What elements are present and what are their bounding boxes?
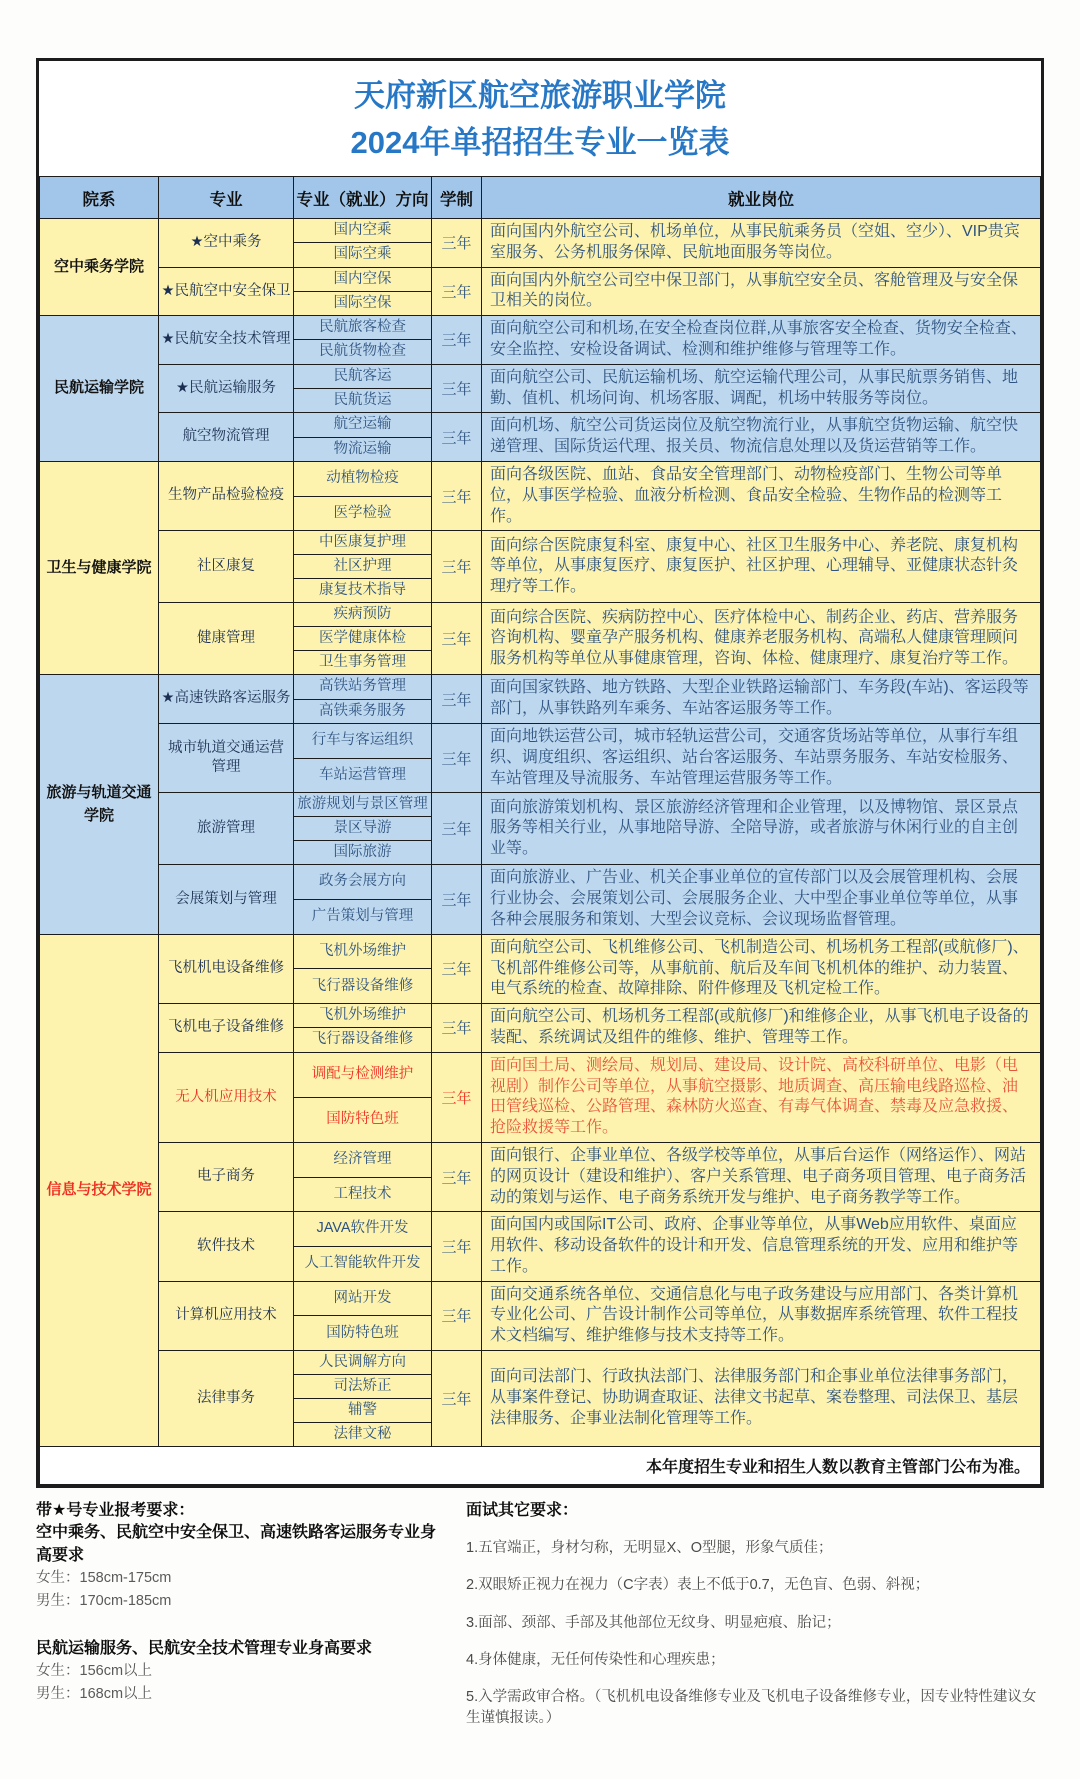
department-cell: 空中乘务学院 <box>40 219 159 316</box>
major-cell: 电子商务 <box>159 1142 294 1211</box>
notes-section: 带★号专业报考要求： 空中乘务、民航空中安全保卫、高速铁路客运服务专业身高要求女… <box>36 1500 1044 1730</box>
table-row: 城市轨道交通运营管理行车与客运组织三年面向地铁运营公司，城市轻轨运营公司，交通客… <box>40 723 1041 758</box>
notes-left-groups: 空中乘务、民航空中安全保卫、高速铁路客运服务专业身高要求女生：158cm-175… <box>36 1522 440 1706</box>
direction-cell: 民航货物检查 <box>294 340 432 364</box>
table-row: ★民航空中安全保卫国内空保三年面向国内外航空公司空中保卫部门，从事航空安全员、客… <box>40 267 1041 291</box>
jobs-cell: 面向航空公司、飞机维修公司、飞机制造公司、机场机务工程部(或航修厂)、飞机部件维… <box>482 934 1041 1003</box>
direction-cell: 司法矫正 <box>294 1375 432 1399</box>
page-title-line1: 天府新区航空旅游职业学院 <box>39 73 1041 120</box>
direction-cell: 国防特色班 <box>294 1316 432 1351</box>
notes-left: 带★号专业报考要求： 空中乘务、民航空中安全保卫、高速铁路客运服务专业身高要求女… <box>36 1500 440 1730</box>
duration-cell: 三年 <box>432 219 482 268</box>
direction-cell: 辅警 <box>294 1399 432 1423</box>
major-cell: 城市轨道交通运营管理 <box>159 723 294 792</box>
table-row: 飞机电子设备维修飞机外场维护三年面向航空公司、机场机务工程部(或航修厂)和维修企… <box>40 1004 1041 1028</box>
direction-cell: 飞机外场维护 <box>294 1004 432 1028</box>
jobs-cell: 面向航空公司和机场,在安全检查岗位群,从事旅客安全检查、货物安全检查、安全监控、… <box>482 316 1041 365</box>
note-line: 男生：170cm-185cm <box>36 1590 440 1613</box>
note-item: 2.双眼矫正视力在视力（C字表）表上不低于0.7，无色盲、色弱、斜视； <box>466 1575 1044 1596</box>
table-footer: 本年度招生专业和招生人数以教育主管部门公布为准。 <box>40 1447 1041 1485</box>
direction-cell: 国际旅游 <box>294 841 432 865</box>
major-cell: 航空物流管理 <box>159 413 294 462</box>
table-footer-note: 本年度招生专业和招生人数以教育主管部门公布为准。 <box>40 1447 1041 1485</box>
table-footer-row: 本年度招生专业和招生人数以教育主管部门公布为准。 <box>40 1447 1041 1485</box>
note-item: 4.身体健康，无任何传染性和心理疾患； <box>466 1650 1044 1671</box>
table-row: 空中乘务学院★空中乘务国内空乘三年面向国内外航空公司、机场单位，从事民航乘务员（… <box>40 219 1041 243</box>
direction-cell: 高铁站务管理 <box>294 675 432 699</box>
major-cell: 会展策划与管理 <box>159 865 294 934</box>
major-cell: 飞机机电设备维修 <box>159 934 294 1003</box>
direction-cell: 卫生事务管理 <box>294 651 432 675</box>
jobs-cell: 面向国内或国际IT公司、政府、企事业等单位，从事Web应用软件、桌面应用软件、移… <box>482 1212 1041 1281</box>
table-row: 会展策划与管理政务会展方向三年面向旅游业、广告业、机关企事业单位的宣传部门以及会… <box>40 865 1041 900</box>
direction-cell: 经济管理 <box>294 1142 432 1177</box>
document-sheet: 天府新区航空旅游职业学院 2024年单招招生专业一览表 院系 专业 专业（就业）… <box>36 58 1044 1730</box>
header-cell-department: 院系 <box>40 177 159 219</box>
jobs-cell: 面向地铁运营公司，城市轻轨运营公司，交通客货场站等单位，从事行车组织、调度组织、… <box>482 723 1041 792</box>
note-group: 民航运输服务、民航安全技术管理专业身高要求女生：156cm以上男生：168cm以… <box>36 1638 440 1707</box>
jobs-cell: 面向航空公司、民航运输机场、航空运输代理公司，从事民航票务销售、地勤、值机、机场… <box>482 364 1041 413</box>
direction-cell: 广告策划与管理 <box>294 900 432 935</box>
direction-cell: 景区导游 <box>294 817 432 841</box>
table-row: 计算机应用技术网站开发三年面向交通系统各单位、交通信息化与电子政务建设与应用部门… <box>40 1281 1041 1316</box>
jobs-cell: 面向国家铁路、地方铁路、大型企业铁路运输部门、车务段(车站)、客运段等部门，从事… <box>482 675 1041 724</box>
duration-cell: 三年 <box>432 413 482 462</box>
major-cell: 无人机应用技术 <box>159 1052 294 1142</box>
table-row: 卫生与健康学院生物产品检验检疫动植物检疫三年面向各级医院、血站、食品安全管理部门… <box>40 461 1041 496</box>
notes-right-title: 面试其它要求： <box>466 1500 1044 1522</box>
direction-cell: 康复技术指导 <box>294 579 432 603</box>
note-line: 女生：158cm-175cm <box>36 1567 440 1590</box>
jobs-cell: 面向各级医院、血站、食品安全管理部门、动物检疫部门、生物公司等单位，从事医学检验… <box>482 461 1041 530</box>
direction-cell: 国防特色班 <box>294 1097 432 1142</box>
duration-cell: 三年 <box>432 934 482 1003</box>
duration-cell: 三年 <box>432 461 482 530</box>
major-cell: 健康管理 <box>159 603 294 675</box>
table-row: 旅游管理旅游规划与景区管理三年面向旅游策划机构、景区旅游经济管理和企业管理，以及… <box>40 793 1041 817</box>
jobs-cell: 面向国土局、测绘局、规划局、建设局、设计院、高校科研单位、电影（电视剧）制作公司… <box>482 1052 1041 1142</box>
duration-cell: 三年 <box>432 1004 482 1053</box>
direction-cell: 高铁乘务服务 <box>294 699 432 723</box>
major-cell: ★高速铁路客运服务 <box>159 675 294 724</box>
note-line: 男生：168cm以上 <box>36 1683 440 1706</box>
direction-cell: 航空运输 <box>294 413 432 437</box>
direction-cell: 网站开发 <box>294 1281 432 1316</box>
direction-cell: 工程技术 <box>294 1177 432 1212</box>
direction-cell: 调配与检测维护 <box>294 1052 432 1097</box>
note-item: 3.面部、颈部、手部及其他部位无纹身、明显疤痕、胎记； <box>466 1613 1044 1634</box>
direction-cell: 国际空乘 <box>294 243 432 267</box>
direction-cell: 动植物检疫 <box>294 461 432 496</box>
direction-cell: 人民调解方向 <box>294 1351 432 1375</box>
jobs-cell: 面向国内外航空公司、机场单位，从事民航乘务员（空姐、空少）、VIP贵宾室服务、公… <box>482 219 1041 268</box>
major-cell: ★民航空中安全保卫 <box>159 267 294 316</box>
jobs-cell: 面向国内外航空公司空中保卫部门，从事航空安全员、客舱管理及与安全保卫相关的岗位。 <box>482 267 1041 316</box>
notes-right-items: 1.五官端正，身材匀称，无明显X、O型腿，形象气质佳；2.双眼矫正视力在视力（C… <box>466 1538 1044 1728</box>
duration-cell: 三年 <box>432 1281 482 1350</box>
table-row: 民航运输学院★民航安全技术管理民航旅客检查三年面向航空公司和机场,在安全检查岗位… <box>40 316 1041 340</box>
note-group: 空中乘务、民航空中安全保卫、高速铁路客运服务专业身高要求女生：158cm-175… <box>36 1522 440 1613</box>
direction-cell: 医学检验 <box>294 496 432 531</box>
direction-cell: 国内空保 <box>294 267 432 291</box>
direction-cell: 人工智能软件开发 <box>294 1246 432 1281</box>
department-cell: 信息与技术学院 <box>40 934 159 1446</box>
duration-cell: 三年 <box>432 1142 482 1211</box>
table-row: 法律事务人民调解方向三年面向司法部门、行政执法部门、法律服务部门和企事业单位法律… <box>40 1351 1041 1375</box>
table-header: 院系 专业 专业（就业）方向 学制 就业岗位 <box>40 177 1041 219</box>
header-cell-direction: 专业（就业）方向 <box>294 177 432 219</box>
table-row: 旅游与轨道交通学院★高速铁路客运服务高铁站务管理三年面向国家铁路、地方铁路、大型… <box>40 675 1041 699</box>
direction-cell: 医学健康体检 <box>294 627 432 651</box>
duration-cell: 三年 <box>432 603 482 675</box>
direction-cell: 民航货运 <box>294 389 432 413</box>
duration-cell: 三年 <box>432 723 482 792</box>
jobs-cell: 面向银行、企事业单位、各级学校等单位，从事后台运作（网络运作）、网站的网页设计（… <box>482 1142 1041 1211</box>
direction-cell: 国际空保 <box>294 291 432 315</box>
direction-cell: 旅游规划与景区管理 <box>294 793 432 817</box>
direction-cell: 行车与客运组织 <box>294 723 432 758</box>
jobs-cell: 面向综合医院、疾病防控中心、医疗体检中心、制药企业、药店、营养服务咨询机构、婴童… <box>482 603 1041 675</box>
jobs-cell: 面向机场、航空公司货运岗位及航空物流行业，从事航空货物运输、航空快递管理、国际货… <box>482 413 1041 462</box>
table-row: 社区康复中医康复护理三年面向综合医院康复科室、康复中心、社区卫生服务中心、养老院… <box>40 531 1041 555</box>
direction-cell: 飞行器设备维修 <box>294 969 432 1004</box>
header-cell-duration: 学制 <box>432 177 482 219</box>
direction-cell: 疾病预防 <box>294 603 432 627</box>
majors-table-body: 空中乘务学院★空中乘务国内空乘三年面向国内外航空公司、机场单位，从事民航乘务员（… <box>40 219 1041 1447</box>
major-cell: 法律事务 <box>159 1351 294 1447</box>
major-cell: ★民航安全技术管理 <box>159 316 294 365</box>
direction-cell: 车站运营管理 <box>294 758 432 793</box>
table-row: 信息与技术学院飞机机电设备维修飞机外场维护三年面向航空公司、飞机维修公司、飞机制… <box>40 934 1041 969</box>
duration-cell: 三年 <box>432 531 482 603</box>
note-item: 5.入学需政审合格。（飞机机电设备维修专业及飞机电子设备维修专业，因专业特性建议… <box>466 1687 1044 1729</box>
table-row: 无人机应用技术调配与检测维护三年面向国土局、测绘局、规划局、建设局、设计院、高校… <box>40 1052 1041 1097</box>
direction-cell: 物流运输 <box>294 437 432 461</box>
major-cell: 飞机电子设备维修 <box>159 1004 294 1053</box>
table-row: 健康管理疾病预防三年面向综合医院、疾病防控中心、医疗体检中心、制药企业、药店、营… <box>40 603 1041 627</box>
direction-cell: 民航旅客检查 <box>294 316 432 340</box>
notes-right: 面试其它要求： 1.五官端正，身材匀称，无明显X、O型腿，形象气质佳；2.双眼矫… <box>466 1500 1044 1730</box>
department-cell: 卫生与健康学院 <box>40 461 159 674</box>
major-cell: 计算机应用技术 <box>159 1281 294 1350</box>
jobs-cell: 面向综合医院康复科室、康复中心、社区卫生服务中心、养老院、康复机构等单位，从事康… <box>482 531 1041 603</box>
jobs-cell: 面向旅游策划机构、景区旅游经济管理和企业管理，以及博物馆、景区景点服务等相关行业… <box>482 793 1041 865</box>
note-item: 1.五官端正，身材匀称，无明显X、O型腿，形象气质佳； <box>466 1538 1044 1559</box>
notes-left-title: 带★号专业报考要求： <box>36 1500 440 1522</box>
table-header-row: 院系 专业 专业（就业）方向 学制 就业岗位 <box>40 177 1041 219</box>
duration-cell: 三年 <box>432 1351 482 1447</box>
direction-cell: JAVA软件开发 <box>294 1212 432 1247</box>
direction-cell: 国内空乘 <box>294 219 432 243</box>
jobs-cell: 面向司法部门、行政执法部门、法律服务部门和企事业单位法律事务部门，从事案件登记、… <box>482 1351 1041 1447</box>
jobs-cell: 面向航空公司、机场机务工程部(或航修厂)和维修企业，从事飞机电子设备的装配、系统… <box>482 1004 1041 1053</box>
major-cell: 旅游管理 <box>159 793 294 865</box>
direction-cell: 飞行器设备维修 <box>294 1028 432 1052</box>
duration-cell: 三年 <box>432 267 482 316</box>
jobs-cell: 面向交通系统各单位、交通信息化与电子政务建设与应用部门、各类计算机专业化公司、广… <box>482 1281 1041 1350</box>
direction-cell: 法律文秘 <box>294 1423 432 1447</box>
table-frame: 天府新区航空旅游职业学院 2024年单招招生专业一览表 院系 专业 专业（就业）… <box>36 58 1044 1488</box>
major-cell: 社区康复 <box>159 531 294 603</box>
header-cell-major: 专业 <box>159 177 294 219</box>
department-cell: 民航运输学院 <box>40 316 159 462</box>
duration-cell: 三年 <box>432 364 482 413</box>
majors-table: 院系 专业 专业（就业）方向 学制 就业岗位 空中乘务学院★空中乘务国内空乘三年… <box>39 176 1041 1485</box>
table-row: ★民航运输服务民航客运三年面向航空公司、民航运输机场、航空运输代理公司，从事民航… <box>40 364 1041 388</box>
duration-cell: 三年 <box>432 675 482 724</box>
note-heading: 民航运输服务、民航安全技术管理专业身高要求 <box>36 1638 440 1660</box>
direction-cell: 飞机外场维护 <box>294 934 432 969</box>
duration-cell: 三年 <box>432 316 482 365</box>
major-cell: 软件技术 <box>159 1212 294 1281</box>
table-row: 航空物流管理航空运输三年面向机场、航空公司货运岗位及航空物流行业，从事航空货物运… <box>40 413 1041 437</box>
note-heading: 空中乘务、民航空中安全保卫、高速铁路客运服务专业身高要求 <box>36 1522 440 1567</box>
header-cell-jobs: 就业岗位 <box>482 177 1041 219</box>
duration-cell: 三年 <box>432 1212 482 1281</box>
page-title-line2: 2024年单招招生专业一览表 <box>39 120 1041 167</box>
major-cell: ★民航运输服务 <box>159 364 294 413</box>
duration-cell: 三年 <box>432 793 482 865</box>
table-row: 软件技术JAVA软件开发三年面向国内或国际IT公司、政府、企事业等单位，从事We… <box>40 1212 1041 1247</box>
page-title: 天府新区航空旅游职业学院 2024年单招招生专业一览表 <box>39 61 1041 176</box>
table-row: 电子商务经济管理三年面向银行、企事业单位、各级学校等单位，从事后台运作（网络运作… <box>40 1142 1041 1177</box>
major-cell: ★空中乘务 <box>159 219 294 268</box>
direction-cell: 中医康复护理 <box>294 531 432 555</box>
direction-cell: 社区护理 <box>294 555 432 579</box>
major-cell: 生物产品检验检疫 <box>159 461 294 530</box>
direction-cell: 政务会展方向 <box>294 865 432 900</box>
department-cell: 旅游与轨道交通学院 <box>40 675 159 934</box>
jobs-cell: 面向旅游业、广告业、机关企事业单位的宣传部门以及会展管理机构、会展行业协会、会展… <box>482 865 1041 934</box>
duration-cell: 三年 <box>432 1052 482 1142</box>
note-line: 女生：156cm以上 <box>36 1660 440 1683</box>
duration-cell: 三年 <box>432 865 482 934</box>
direction-cell: 民航客运 <box>294 364 432 388</box>
